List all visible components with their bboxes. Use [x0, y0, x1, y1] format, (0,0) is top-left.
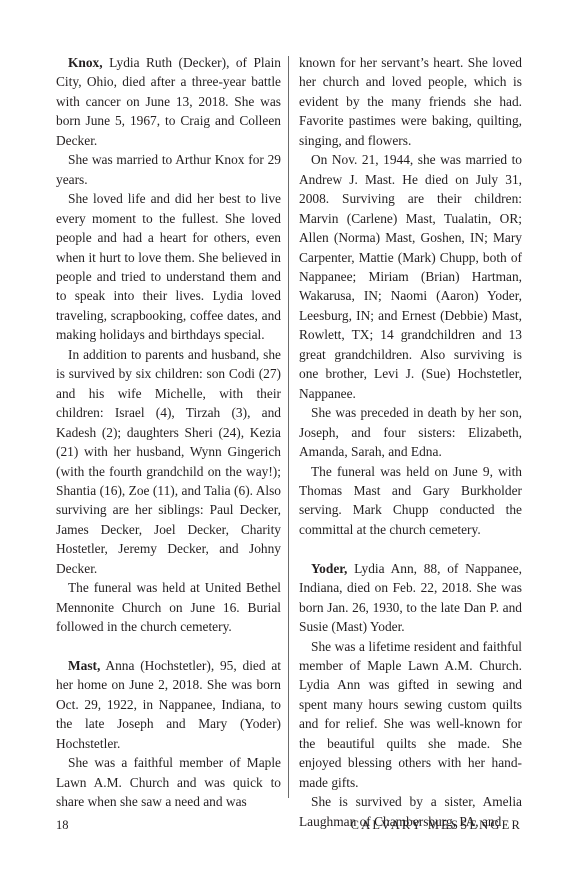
obituary-yoder: Yoder, Lydia Ann, 88, of Nappanee, India…: [299, 559, 522, 831]
publication-title: CALVARY MESSENGER: [351, 818, 522, 833]
spacer: [56, 637, 281, 656]
paragraph: Mast, Anna (Hochstetler), 95, died at he…: [56, 656, 281, 753]
column-divider: [288, 56, 289, 798]
paragraph: She was preceded in death by her son, Jo…: [299, 403, 522, 461]
paragraph: She was a faithful member of Maple Lawn …: [56, 753, 281, 811]
obituary-surname: Mast,: [68, 658, 100, 673]
obituary-mast: Mast, Anna (Hochstetler), 95, died at he…: [56, 656, 281, 812]
paragraph: She loved life and did her best to live …: [56, 189, 281, 345]
obituary-surname: Yoder,: [311, 561, 347, 576]
left-column: Knox, Lydia Ruth (Decker), of Plain City…: [56, 53, 281, 812]
paragraph: The funeral was held at United Bethel Me…: [56, 578, 281, 636]
page-number: 18: [56, 818, 69, 833]
spacer: [299, 539, 522, 558]
paragraph: Yoder, Lydia Ann, 88, of Nappanee, India…: [299, 559, 522, 637]
paragraph: known for her servant’s heart. She loved…: [299, 53, 522, 150]
paragraph: She was married to Arthur Knox for 29 ye…: [56, 150, 281, 189]
obituary-knox: Knox, Lydia Ruth (Decker), of Plain City…: [56, 53, 281, 637]
paragraph: On Nov. 21, 1944, she was married to And…: [299, 150, 522, 403]
obituary-mast-continued: known for her servant’s heart. She loved…: [299, 53, 522, 539]
obituary-surname: Knox,: [68, 55, 103, 70]
paragraph: In addition to parents and husband, she …: [56, 345, 281, 578]
paragraph: The funeral was held on June 9, with Tho…: [299, 462, 522, 540]
right-column: known for her servant’s heart. She loved…: [299, 53, 522, 831]
paragraph: She was a lifetime resident and faithful…: [299, 637, 522, 793]
paragraph: Knox, Lydia Ruth (Decker), of Plain City…: [56, 53, 281, 150]
